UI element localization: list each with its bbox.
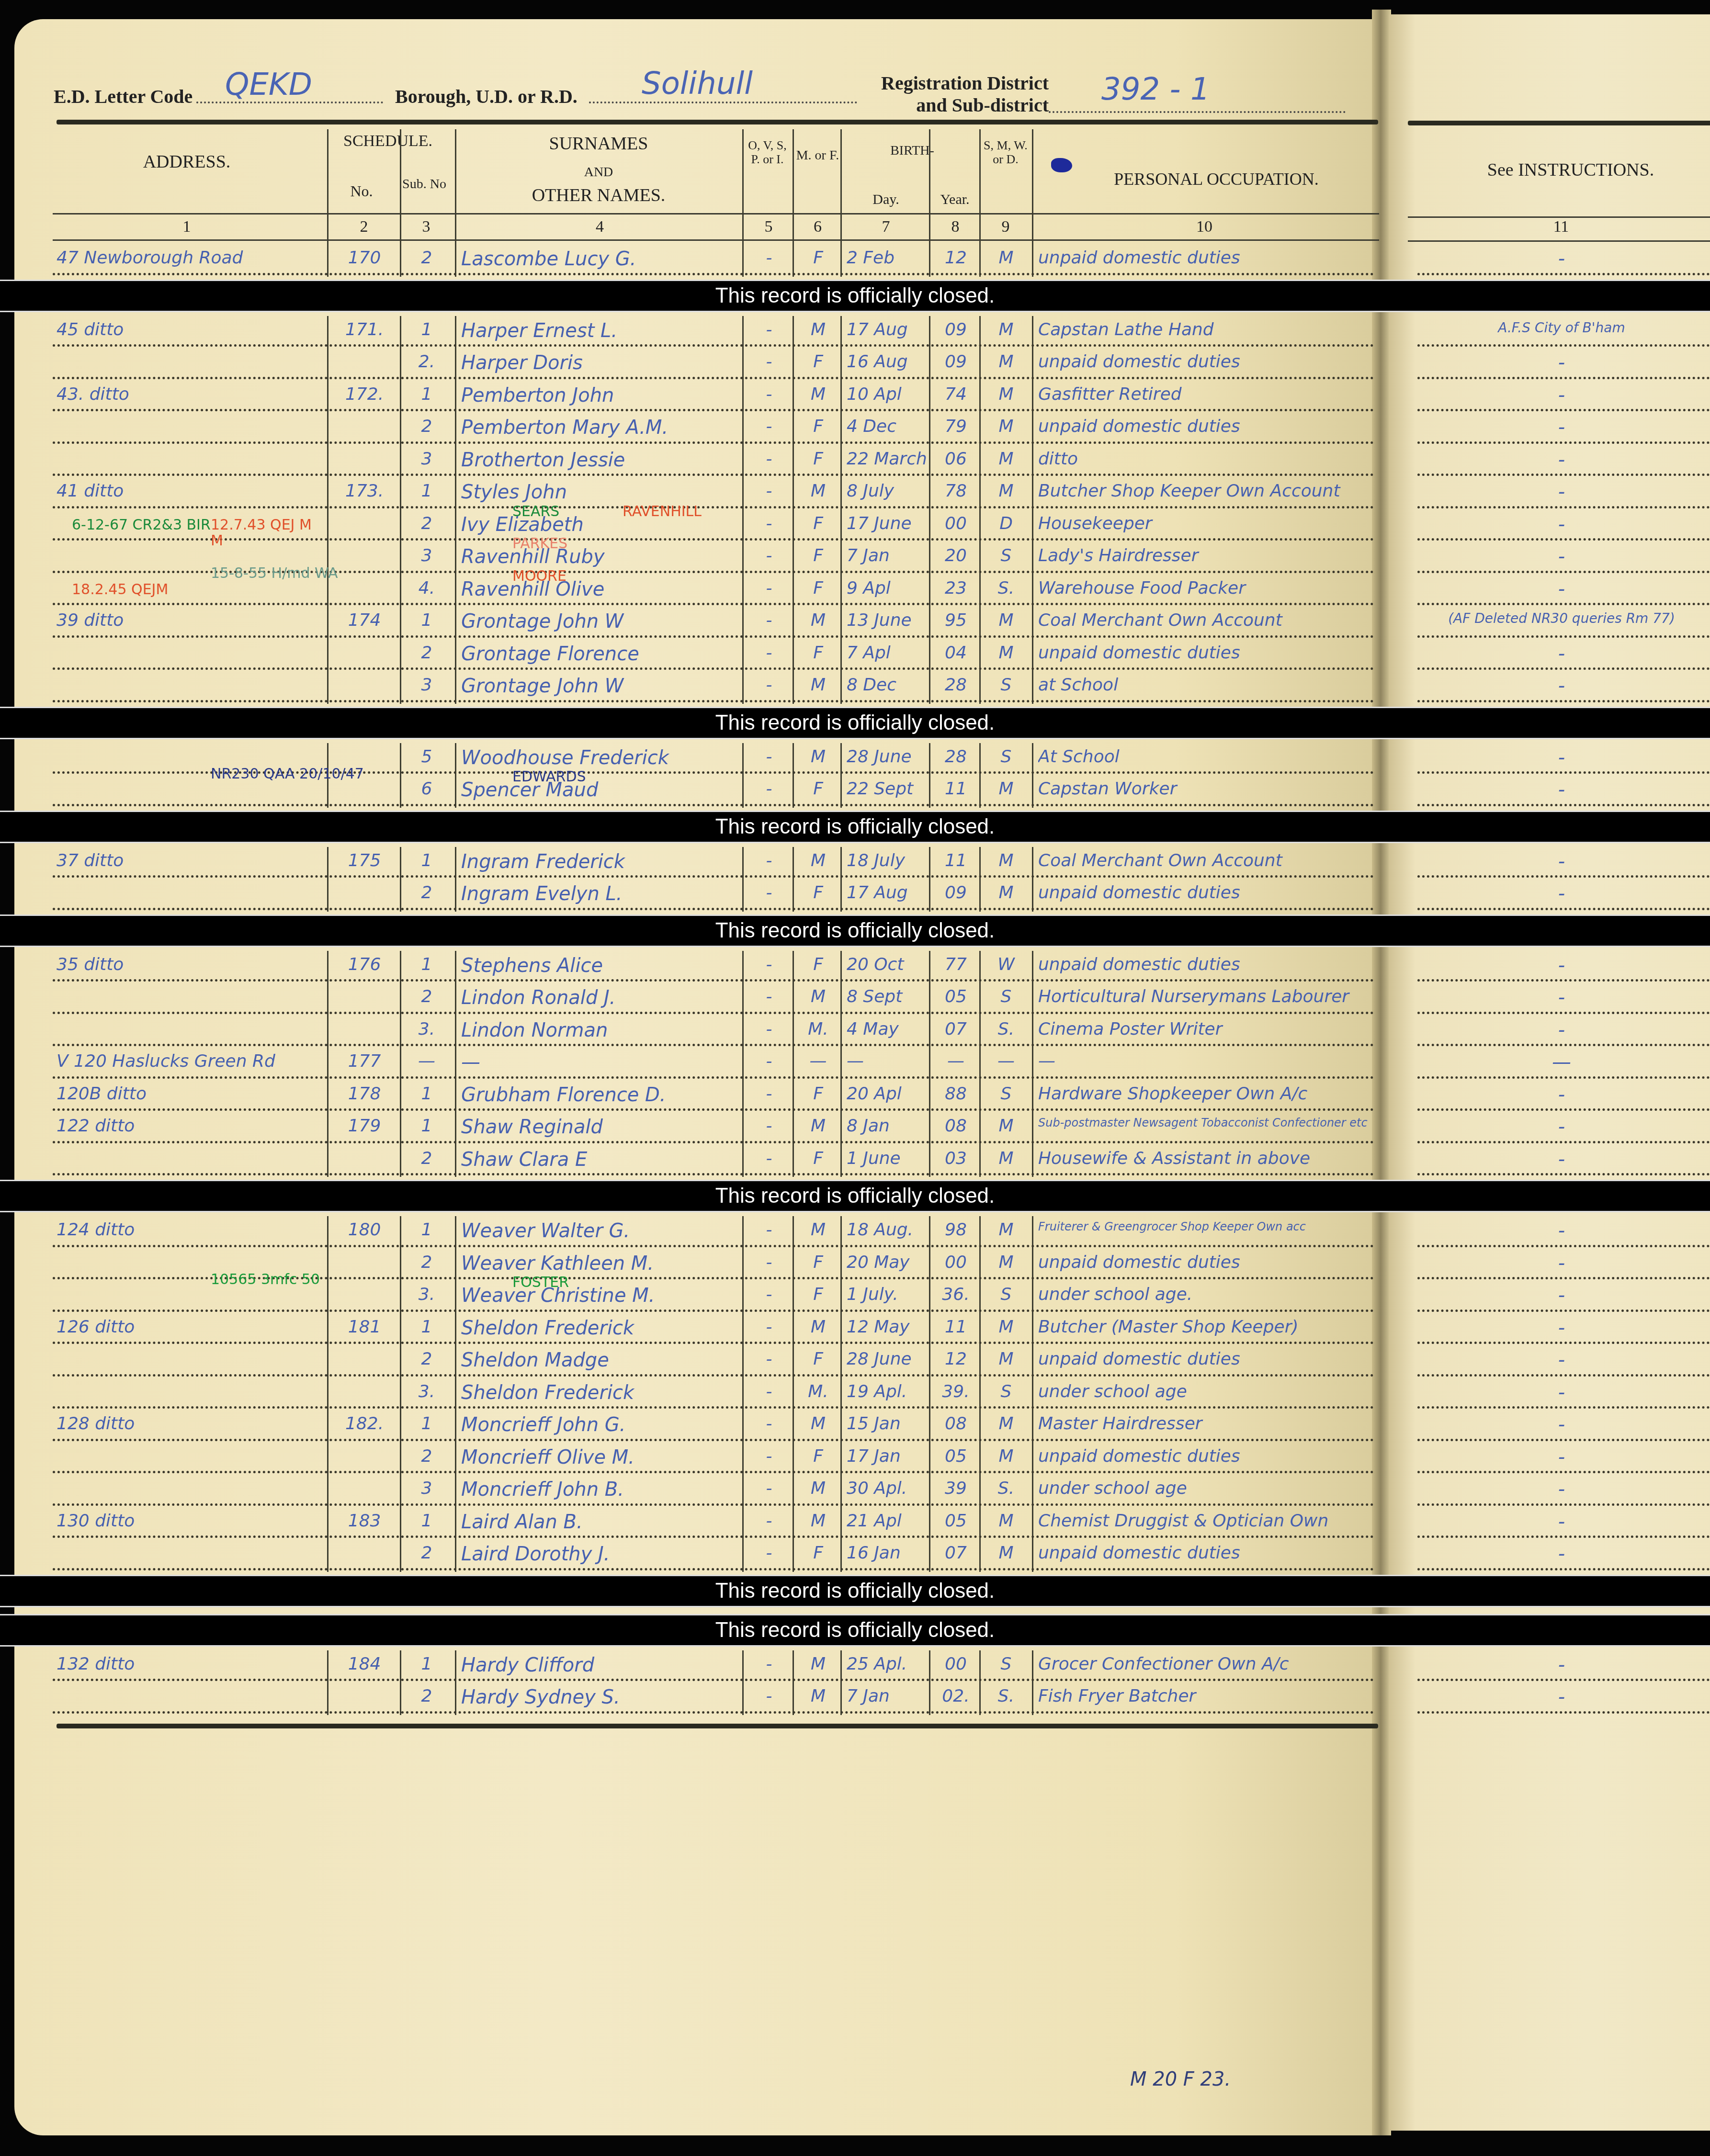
row-rule bbox=[1417, 979, 1710, 982]
cell-sub: 2 bbox=[406, 883, 447, 903]
cell-name: Ravenhill Ruby bbox=[461, 546, 739, 568]
cell-sub: 1 bbox=[406, 1654, 447, 1674]
cell-occupation: Lady's Hairdresser bbox=[1038, 546, 1371, 565]
cell-address: 37 ditto bbox=[57, 851, 318, 870]
cell-col11: - bbox=[1421, 1317, 1702, 1339]
register-row: 47 Newborough Road1702Lascombe Lucy G.-F… bbox=[0, 244, 1710, 277]
header-bottom-rule-right bbox=[1408, 240, 1710, 242]
cell-occupation: unpaid domestic duties bbox=[1038, 248, 1371, 268]
cell-ovspi: - bbox=[748, 851, 790, 870]
cell-name: Spencer Maud bbox=[461, 779, 739, 801]
cell-ovspi: - bbox=[748, 779, 790, 799]
cell-name: Lindon Norman bbox=[461, 1019, 739, 1041]
row-rule bbox=[1417, 804, 1710, 806]
borough-dots bbox=[589, 102, 857, 103]
cell-col11: - bbox=[1421, 675, 1702, 697]
row-rule bbox=[53, 1076, 1374, 1079]
cell-col11: - bbox=[1421, 449, 1702, 471]
cell-day: 13 June bbox=[847, 610, 926, 630]
cell-marital: M bbox=[985, 851, 1027, 870]
cell-sex: F bbox=[799, 1084, 838, 1104]
cell-col11: - bbox=[1421, 747, 1702, 769]
cell-marital: S bbox=[985, 747, 1027, 767]
cell-sub: 5 bbox=[406, 747, 447, 767]
cell-marital: M bbox=[985, 481, 1027, 501]
column-number: 8 bbox=[931, 218, 979, 236]
cell-ovspi: - bbox=[748, 1051, 790, 1071]
cell-address: 45 ditto bbox=[57, 320, 318, 339]
cell-sub: — bbox=[406, 1051, 447, 1071]
register-row: 126 ditto1811Sheldon Frederick-M12 May11… bbox=[0, 1313, 1710, 1346]
cell-address: 47 Newborough Road bbox=[57, 248, 318, 268]
cell-marital: M bbox=[985, 384, 1027, 404]
cell-address: 35 ditto bbox=[57, 955, 318, 974]
cell-sex: F bbox=[799, 514, 838, 533]
cell-ovspi: - bbox=[748, 384, 790, 404]
cell-col11: - bbox=[1421, 1349, 1702, 1371]
cell-marital: S bbox=[985, 1382, 1027, 1401]
cell-year: 28 bbox=[935, 675, 976, 695]
cell-marital: S bbox=[985, 987, 1027, 1006]
cell-ovspi: - bbox=[748, 1414, 790, 1434]
header-top-rule bbox=[57, 120, 1378, 124]
row-rule bbox=[53, 804, 1374, 806]
cell-col11: - bbox=[1421, 1382, 1702, 1404]
cell-ovspi: - bbox=[748, 747, 790, 767]
cell-col11: A.F.S City of B'ham bbox=[1421, 320, 1702, 336]
row-rule bbox=[53, 1679, 1374, 1681]
cell-day: 17 June bbox=[847, 514, 926, 533]
cell-sex: F bbox=[799, 1149, 838, 1168]
cell-schedule: 178 bbox=[334, 1084, 395, 1104]
closed-record-banner: This record is officially closed. bbox=[0, 707, 1710, 739]
cell-year: 78 bbox=[935, 481, 976, 501]
cell-day: 17 Aug bbox=[847, 320, 926, 339]
row-rule bbox=[53, 1108, 1374, 1111]
cell-schedule: 177 bbox=[334, 1051, 395, 1071]
cell-occupation: Chemist Druggist & Optician Own bbox=[1038, 1511, 1371, 1531]
cell-sex: M. bbox=[799, 1382, 838, 1401]
register-row: 3Moncrieff John B.-M30 Apl.39S.under sch… bbox=[0, 1475, 1710, 1507]
cell-sex: F bbox=[799, 248, 838, 268]
cell-schedule: 174 bbox=[334, 610, 395, 630]
row-rule bbox=[53, 1503, 1374, 1506]
cell-year: 36. bbox=[935, 1285, 976, 1304]
cell-col11: - bbox=[1421, 1084, 1702, 1106]
cell-year: 11 bbox=[935, 1317, 976, 1337]
row-rule bbox=[1417, 1012, 1710, 1014]
cell-year: 98 bbox=[935, 1220, 976, 1240]
cell-ovspi: - bbox=[748, 643, 790, 663]
cell-col11: - bbox=[1421, 1446, 1702, 1468]
row-rule bbox=[53, 1374, 1374, 1377]
cell-marital: M bbox=[985, 1446, 1027, 1466]
cell-day: 8 Sept bbox=[847, 987, 926, 1006]
margin-annotation: RAVENHILL bbox=[623, 503, 702, 520]
cell-day: 22 Sept bbox=[847, 779, 926, 799]
cell-day: 4 Dec bbox=[847, 417, 926, 436]
cell-ovspi: - bbox=[748, 352, 790, 372]
cell-year: 09 bbox=[935, 883, 976, 903]
row-rule bbox=[1417, 1173, 1710, 1175]
register-row: 2Lindon Ronald J.-M8 Sept05SHorticultura… bbox=[0, 983, 1710, 1016]
cell-name: Moncrieff John G. bbox=[461, 1414, 739, 1436]
cell-ovspi: - bbox=[748, 1317, 790, 1337]
row-rule bbox=[1417, 1679, 1710, 1681]
cell-name: Sheldon Frederick bbox=[461, 1382, 739, 1404]
cell-sex: M bbox=[799, 1479, 838, 1498]
row-rule bbox=[53, 1342, 1374, 1344]
cell-occupation: unpaid domestic duties bbox=[1038, 883, 1371, 903]
cell-occupation: unpaid domestic duties bbox=[1038, 1349, 1371, 1369]
cell-day: 20 Apl bbox=[847, 1084, 926, 1104]
row-rule bbox=[53, 635, 1374, 638]
cell-col11: - bbox=[1421, 514, 1702, 536]
cell-occupation: Horticultural Nurserymans Labourer bbox=[1038, 987, 1371, 1006]
cell-marital: M bbox=[985, 1349, 1027, 1369]
registration-label-line2: and Sub-district bbox=[876, 94, 1049, 116]
cell-occupation: under school age. bbox=[1038, 1285, 1371, 1304]
cell-occupation: Butcher Shop Keeper Own Account bbox=[1038, 481, 1371, 501]
cell-day: 16 Aug bbox=[847, 352, 926, 372]
margin-annotation: NR230 QAA 20/10/47 bbox=[211, 766, 364, 782]
cell-sub: 1 bbox=[406, 1511, 447, 1531]
cell-day: 8 July bbox=[847, 481, 926, 501]
cell-ovspi: - bbox=[748, 1149, 790, 1168]
register-row: 2Moncrieff Olive M.-F17 Jan05Munpaid dom… bbox=[0, 1443, 1710, 1475]
cell-day: 19 Apl. bbox=[847, 1382, 926, 1401]
col-schedule-no-header: No. bbox=[326, 183, 397, 200]
register-row: 35 ditto1761Stephens Alice-F20 Oct77Wunp… bbox=[0, 951, 1710, 983]
row-rule bbox=[1417, 1406, 1710, 1409]
col-surnames-header-3: OTHER NAMES. bbox=[455, 186, 742, 206]
cell-name: Harper Ernest L. bbox=[461, 320, 739, 342]
cell-sex: F bbox=[799, 883, 838, 903]
row-rule bbox=[53, 1711, 1374, 1714]
column-number: 5 bbox=[745, 218, 793, 236]
cell-marital: W bbox=[985, 955, 1027, 974]
cell-day: 10 Apl bbox=[847, 384, 926, 404]
cell-occupation: Gasfitter Retired bbox=[1038, 384, 1371, 404]
cell-day: 12 May bbox=[847, 1317, 926, 1337]
row-rule bbox=[53, 441, 1374, 444]
row-rule bbox=[1417, 1503, 1710, 1506]
cell-occupation: Fish Fryer Batcher bbox=[1038, 1686, 1371, 1706]
cell-col11: - bbox=[1421, 1285, 1702, 1307]
cell-name: Woodhouse Frederick bbox=[461, 747, 739, 769]
registration-dots bbox=[1049, 111, 1346, 113]
cell-name: Hardy Sydney S. bbox=[461, 1686, 739, 1708]
cell-sex: M bbox=[799, 1220, 838, 1240]
cell-day: 28 June bbox=[847, 747, 926, 767]
cell-day: 7 Apl bbox=[847, 643, 926, 663]
cell-name: Sheldon Madge bbox=[461, 1349, 739, 1371]
cell-year: 11 bbox=[935, 779, 976, 799]
cell-marital: S. bbox=[985, 1686, 1027, 1706]
cell-schedule: 172. bbox=[334, 384, 395, 404]
cell-sex: F bbox=[799, 1349, 838, 1369]
cell-ovspi: - bbox=[748, 1511, 790, 1531]
cell-schedule: 180 bbox=[334, 1220, 395, 1240]
cell-sub: 3 bbox=[406, 1479, 447, 1498]
cell-occupation: Master Hairdresser bbox=[1038, 1414, 1371, 1434]
row-rule bbox=[53, 1173, 1374, 1175]
cell-year: 09 bbox=[935, 320, 976, 339]
cell-marital: S. bbox=[985, 1019, 1027, 1039]
ink-blot-icon bbox=[1051, 158, 1072, 172]
cell-occupation: At School bbox=[1038, 747, 1371, 767]
registration-label-line1: Registration District bbox=[876, 72, 1049, 94]
cell-year: 00 bbox=[935, 1253, 976, 1272]
cell-sex: M. bbox=[799, 1019, 838, 1039]
cell-ovspi: - bbox=[748, 1116, 790, 1136]
cell-marital: S bbox=[985, 1084, 1027, 1104]
cell-occupation: Butcher (Master Shop Keeper) bbox=[1038, 1317, 1371, 1337]
cell-name: — bbox=[461, 1051, 739, 1073]
cell-sub: 2 bbox=[406, 1686, 447, 1706]
cell-ovspi: - bbox=[748, 987, 790, 1006]
cell-marital: M bbox=[985, 1253, 1027, 1272]
cell-day: 17 Aug bbox=[847, 883, 926, 903]
cell-sub: 2 bbox=[406, 248, 447, 268]
cell-schedule: 181 bbox=[334, 1317, 395, 1337]
closed-record-banner: This record is officially closed. bbox=[0, 914, 1710, 947]
row-rule bbox=[53, 1309, 1374, 1312]
cell-schedule: 173. bbox=[334, 481, 395, 501]
cell-sub: 2 bbox=[406, 1543, 447, 1563]
cell-name: Laird Alan B. bbox=[461, 1511, 739, 1533]
register-row: 2Sheldon Madge-F28 June12Munpaid domesti… bbox=[0, 1345, 1710, 1378]
margin-annotation: 6-12-67 CR2&3 BIR bbox=[72, 517, 211, 533]
register-scan: E.D. Letter Code QEKD Borough, U.D. or R… bbox=[0, 0, 1710, 2156]
cell-marital: M bbox=[985, 417, 1027, 436]
cell-year: 08 bbox=[935, 1116, 976, 1136]
cell-col11: - bbox=[1421, 1116, 1702, 1138]
row-rule bbox=[1417, 1439, 1710, 1441]
col-marital-header: S, M, W. or D. bbox=[982, 139, 1030, 166]
cell-sub: 1 bbox=[406, 1317, 447, 1337]
cell-name: Lascombe Lucy G. bbox=[461, 248, 739, 270]
row-rule bbox=[1417, 273, 1710, 275]
cell-occupation: Capstan Lathe Hand bbox=[1038, 320, 1371, 339]
cell-year: 39. bbox=[935, 1382, 976, 1401]
cell-day: 20 Oct bbox=[847, 955, 926, 974]
register-row: 3Brotherton Jessie-F22 March06Mditto- bbox=[0, 445, 1710, 478]
row-rule bbox=[1417, 1245, 1710, 1247]
cell-year: — bbox=[935, 1051, 976, 1071]
row-rule bbox=[1417, 538, 1710, 541]
cell-name: Grontage John W bbox=[461, 610, 739, 632]
cell-occupation: at School bbox=[1038, 675, 1371, 695]
row-rule bbox=[53, 908, 1374, 910]
row-rule bbox=[1417, 875, 1710, 878]
column-divider bbox=[400, 129, 401, 244]
cell-ovspi: - bbox=[748, 1285, 790, 1304]
row-rule bbox=[1417, 603, 1710, 605]
cell-ovspi: - bbox=[748, 578, 790, 598]
cell-marital: M bbox=[985, 1414, 1027, 1434]
cell-marital: M bbox=[985, 1149, 1027, 1168]
cell-col11: - bbox=[1421, 1654, 1702, 1676]
cell-sex: M bbox=[799, 1414, 838, 1434]
cell-day: 2 Feb bbox=[847, 248, 926, 268]
cell-day: 7 Jan bbox=[847, 1686, 926, 1706]
cell-sex: F bbox=[799, 1253, 838, 1272]
margin-annotation: SEARS bbox=[512, 503, 559, 520]
cell-sex: M bbox=[799, 987, 838, 1006]
cell-year: 05 bbox=[935, 1446, 976, 1466]
cell-name: Grontage Florence bbox=[461, 643, 739, 665]
header-bottom-rule bbox=[53, 239, 1379, 241]
register-row: 128 ditto182.1Moncrieff John G.-M15 Jan0… bbox=[0, 1410, 1710, 1443]
cell-address: 39 ditto bbox=[57, 610, 318, 630]
cell-ovspi: - bbox=[748, 955, 790, 974]
cell-col11: - bbox=[1421, 1414, 1702, 1436]
cell-col11: - bbox=[1421, 851, 1702, 873]
cell-sub: 2 bbox=[406, 514, 447, 533]
cell-col11: - bbox=[1421, 1149, 1702, 1171]
cell-year: 04 bbox=[935, 643, 976, 663]
col-ovspi-header: O, V, S, P. or I. bbox=[745, 139, 790, 166]
cell-address: V 120 Haslucks Green Rd bbox=[57, 1051, 318, 1071]
cell-day: 18 Aug. bbox=[847, 1220, 926, 1240]
cell-year: 07 bbox=[935, 1543, 976, 1563]
borough-label: Borough, U.D. or R.D. bbox=[395, 85, 578, 108]
row-rule bbox=[53, 1439, 1374, 1441]
cell-sub: 1 bbox=[406, 1084, 447, 1104]
cell-address: 41 ditto bbox=[57, 481, 318, 501]
cell-occupation: Coal Merchant Own Account bbox=[1038, 851, 1371, 870]
cell-day: 22 March bbox=[847, 449, 926, 469]
cell-name: Brotherton Jessie bbox=[461, 449, 739, 471]
cell-sub: 3 bbox=[406, 546, 447, 565]
column-divider bbox=[327, 129, 328, 244]
cell-sub: 3. bbox=[406, 1285, 447, 1304]
cell-address: 124 ditto bbox=[57, 1220, 318, 1240]
cell-name: Shaw Reginald bbox=[461, 1116, 739, 1138]
row-rule bbox=[1417, 700, 1710, 702]
cell-year: 05 bbox=[935, 987, 976, 1006]
cell-sub: 3. bbox=[406, 1382, 447, 1401]
cell-year: 05 bbox=[935, 1511, 976, 1531]
cell-day: 9 Apl bbox=[847, 578, 926, 598]
cell-sex: F bbox=[799, 1543, 838, 1563]
col-birth-day-header: Day. bbox=[843, 192, 929, 207]
cell-col11: - bbox=[1421, 1511, 1702, 1533]
cell-col11: - bbox=[1421, 643, 1702, 665]
closed-record-banner: This record is officially closed. bbox=[0, 811, 1710, 843]
borough-value: Solihull bbox=[642, 66, 753, 102]
cell-sex: M bbox=[799, 675, 838, 695]
col-surnames-header-1: SURNAMES bbox=[455, 134, 742, 154]
register-row: 41 ditto173.1Styles John-M8 July78MButch… bbox=[0, 477, 1710, 510]
cell-day: 20 May bbox=[847, 1253, 926, 1272]
cell-day: 15 Jan bbox=[847, 1414, 926, 1434]
row-rule bbox=[1417, 1342, 1710, 1344]
cell-address: 43. ditto bbox=[57, 384, 318, 404]
register-row: 132 ditto1841Hardy Clifford-M25 Apl.00SG… bbox=[0, 1650, 1710, 1683]
cell-ovspi: - bbox=[748, 610, 790, 630]
cell-col11: - bbox=[1421, 987, 1702, 1009]
row-rule bbox=[53, 1406, 1374, 1409]
cell-sex: M bbox=[799, 1654, 838, 1674]
cell-col11: - bbox=[1421, 578, 1702, 600]
cell-sub: 1 bbox=[406, 1220, 447, 1240]
cell-occupation: Housekeeper bbox=[1038, 514, 1371, 533]
cell-ovspi: - bbox=[748, 883, 790, 903]
row-rule bbox=[1417, 1535, 1710, 1538]
row-rule bbox=[53, 538, 1374, 541]
cell-occupation: Housewife & Assistant in above bbox=[1038, 1149, 1371, 1168]
ed-letter-code-label: E.D. Letter Code bbox=[54, 85, 193, 108]
cell-col11: - bbox=[1421, 1479, 1702, 1501]
column-number: 6 bbox=[795, 218, 840, 236]
row-rule bbox=[53, 667, 1374, 670]
register-row: 130 ditto1831Laird Alan B.-M21 Apl05MChe… bbox=[0, 1507, 1710, 1540]
cell-sub: 1 bbox=[406, 481, 447, 501]
cell-name: Pemberton Mary A.M. bbox=[461, 417, 739, 439]
header-top-rule-right bbox=[1408, 121, 1710, 125]
cell-sub: 6 bbox=[406, 779, 447, 799]
cell-sub: 2 bbox=[406, 1149, 447, 1168]
register-row: V 120 Haslucks Green Rd177——-—————— bbox=[0, 1048, 1710, 1080]
cell-ovspi: - bbox=[748, 1084, 790, 1104]
cell-sub: 4. bbox=[406, 578, 447, 598]
cell-ovspi: - bbox=[748, 514, 790, 533]
cell-name: Weaver Christine M. bbox=[461, 1285, 739, 1307]
cell-ovspi: - bbox=[748, 1654, 790, 1674]
cell-marital: M bbox=[985, 643, 1027, 663]
row-rule bbox=[1417, 1471, 1710, 1473]
cell-year: 39 bbox=[935, 1479, 976, 1498]
margin-annotation: M bbox=[211, 532, 223, 549]
register-row: 2Ivy Elizabeth-F17 June00DHousekeeper-SE… bbox=[0, 510, 1710, 542]
row-rule bbox=[53, 1471, 1374, 1473]
cell-sex: M bbox=[799, 1116, 838, 1136]
row-rule bbox=[1417, 667, 1710, 670]
row-rule bbox=[53, 1141, 1374, 1143]
col-address-header: ADDRESS. bbox=[53, 152, 321, 172]
row-rule bbox=[1417, 1141, 1710, 1143]
cell-col11: - bbox=[1421, 779, 1702, 801]
cell-year: 07 bbox=[935, 1019, 976, 1039]
column-divider bbox=[1032, 129, 1033, 244]
cell-occupation: unpaid domestic duties bbox=[1038, 1446, 1371, 1466]
cell-name: Shaw Clara E bbox=[461, 1149, 739, 1171]
register-row: 2Shaw Clara E-F1 June03MHousewife & Assi… bbox=[0, 1145, 1710, 1177]
cell-occupation: unpaid domestic duties bbox=[1038, 643, 1371, 663]
cell-col11: — bbox=[1421, 1051, 1702, 1073]
col-birth-header: BIRTH- bbox=[843, 144, 982, 158]
register-row: 3.Lindon Norman-M.4 May07S.Cinema Poster… bbox=[0, 1016, 1710, 1048]
cell-marital: M bbox=[985, 1116, 1027, 1136]
cell-occupation: — bbox=[1038, 1051, 1371, 1071]
cell-ovspi: - bbox=[748, 1686, 790, 1706]
cell-sex: — bbox=[799, 1051, 838, 1071]
cell-sex: M bbox=[799, 1317, 838, 1337]
cell-day: 8 Jan bbox=[847, 1116, 926, 1136]
cell-col11: - bbox=[1421, 417, 1702, 439]
register-row: 2Pemberton Mary A.M.-F4 Dec79Munpaid dom… bbox=[0, 413, 1710, 445]
cell-occupation: under school age bbox=[1038, 1479, 1371, 1498]
cell-sub: 3 bbox=[406, 449, 447, 469]
cell-year: 77 bbox=[935, 955, 976, 974]
cell-year: 03 bbox=[935, 1149, 976, 1168]
cell-sex: M bbox=[799, 1511, 838, 1531]
cell-occupation: Hardware Shopkeeper Own A/c bbox=[1038, 1084, 1371, 1104]
cell-occupation: Sub-postmaster Newsagent Tobacconist Con… bbox=[1038, 1116, 1371, 1129]
cell-marital: S. bbox=[985, 1479, 1027, 1498]
